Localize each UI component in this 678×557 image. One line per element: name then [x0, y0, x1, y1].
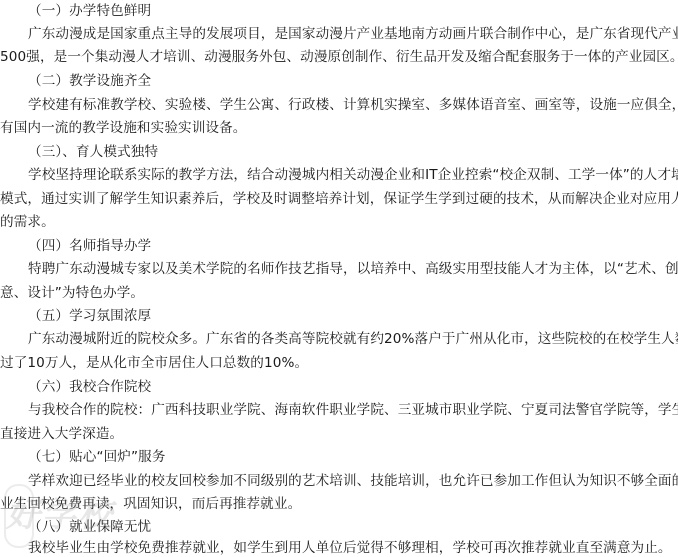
- paragraph-line: 学样欢迎已经毕业的校友回校参加不同级别的艺术培训、技能培训，也允许已参加工作但认…: [28, 470, 678, 493]
- section-heading: （四）名师指导办学: [28, 235, 151, 258]
- paragraph-line: 广东动漫成是国家重点主导的发展项目，是国家动漫片产业基地南方动画片联合制作中心，…: [28, 23, 678, 46]
- paragraph-line: 业生回校免费再读，巩固知识，而后再推荐就业。: [0, 493, 301, 516]
- section-heading: （七）贴心“回炉”服务: [28, 446, 166, 469]
- paragraph-line: 我校毕业生由学校免费推荐就业，如学生到用人单位后觉得不够理相，学校可再次推荐就业…: [28, 537, 672, 557]
- paragraph-line: 有国内一流的教学设施和实验实训设备。: [0, 117, 247, 140]
- section-heading: （一）办学特色鲜明: [28, 0, 151, 23]
- paragraph-line: 500强，是一个集动漫人才培训、动漫服务外包、动漫原创制作、衍生品开发及缩合配套…: [0, 46, 678, 69]
- paragraph-line: 模式，通过实训了解学生知识素养后，学校及时调整培养计划，保证学生学到过硬的技术，…: [0, 188, 678, 211]
- paragraph-line: 学校坚持理论联系实际的教学方法，结合动漫城内相关动漫企业和IT企业控索“校企双制…: [28, 164, 678, 187]
- paragraph-line: 与我校合作的院校：广西科技职业学院、海南软件职业学院、三亚城市职业学院、宁夏司法…: [28, 399, 678, 422]
- paragraph-line: 意、设计”为特色办学。: [0, 282, 144, 305]
- paragraph-line: 特聘广东动漫城专家以及美术学院的名师作技艺指导，以培养中、高级实用型技能人才为主…: [28, 258, 678, 281]
- paragraph-line: 直接进入大学深造。: [0, 423, 123, 446]
- paragraph-line: 的需求。: [0, 211, 55, 234]
- paragraph-line: 广东动漫城附近的院校众多。广东省的各类高等院校就有约20%落户于广州从化市，这些…: [28, 328, 678, 351]
- paragraph-line: 学校建有标准教学校、实验楼、学生公寓、行政楼、计算机实操室、多媒体语音室、画室等…: [28, 94, 678, 117]
- section-heading: （八）就业保障无忧: [28, 516, 151, 539]
- section-heading: （二）教学设施齐全: [28, 70, 151, 93]
- section-heading: （六）我校合作院校: [28, 376, 151, 399]
- section-heading: （五）学习氛围浓厚: [28, 305, 151, 328]
- section-heading: （三）、育人模式独特: [28, 141, 158, 164]
- paragraph-line: 过了10万人，是从化市全市居住人口总数的10%。: [0, 352, 308, 375]
